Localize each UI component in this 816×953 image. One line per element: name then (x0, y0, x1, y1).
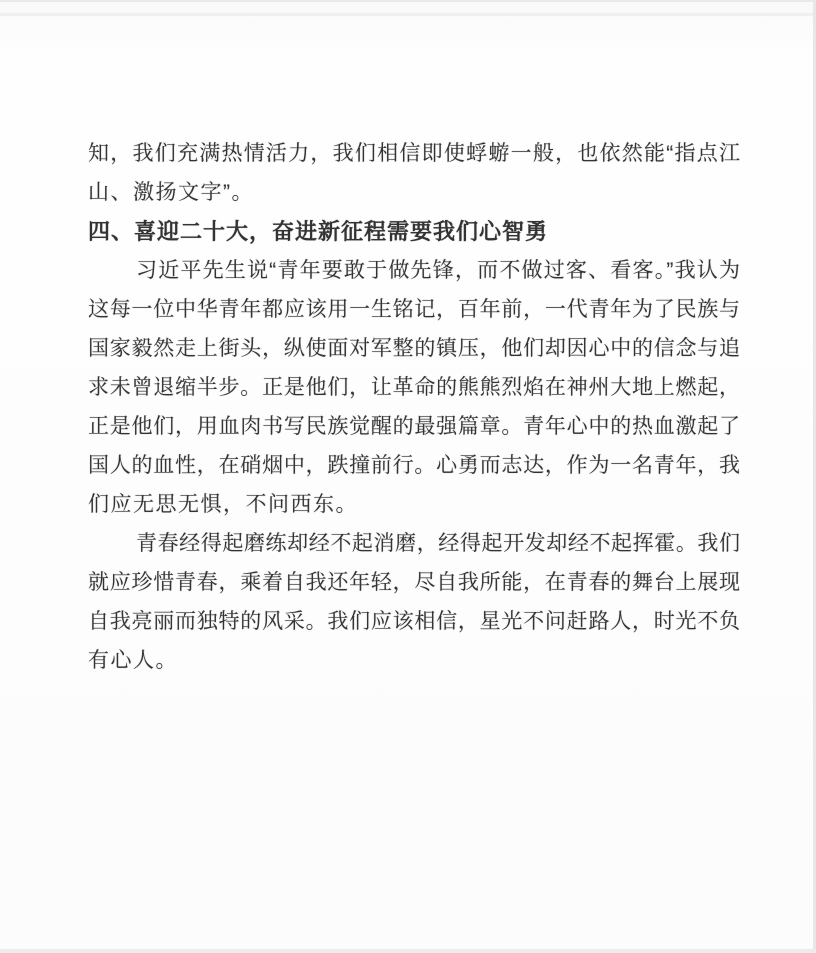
document-photo: 知，我们充满热情活力，我们相信即使蜉蝣一般，也依然能“指点江山、激扬文字”。四、… (0, 0, 816, 953)
essay-text-line: 国家毅然走上街头，纵使面对军整的镇压，他们却因心中的信念与追 (88, 329, 740, 368)
photo-edge-top-rule (0, 13, 816, 16)
photo-edge-bottom (0, 949, 816, 953)
essay-text-line: 正是他们，用血肉书写民族觉醒的最强篇章。青年心中的热血激起了 (88, 407, 740, 446)
section-heading: 四、喜迎二十大，奋进新征程需要我们心智勇 (88, 212, 740, 251)
essay-text-line: 习近平先生说“青年要敢于做先锋，而不做过客、看客。”我认为 (88, 251, 740, 290)
essay-text-line: 有心人。 (88, 641, 740, 680)
essay-text-line: 们应无思无惧，不问西东。 (88, 485, 740, 524)
essay-text-line: 知，我们充满热情活力，我们相信即使蜉蝣一般，也依然能“指点江 (88, 134, 740, 173)
essay-text-line: 国人的血性，在硝烟中，跌撞前行。心勇而志达，作为一名青年，我 (88, 446, 740, 485)
essay-text-line: 就应珍惜青春，乘着自我还年轻，尽自我所能，在青春的舞台上展现 (88, 563, 740, 602)
essay-text-line: 求未曾退缩半步。正是他们，让革命的熊熊烈焰在神州大地上燃起， (88, 368, 740, 407)
essay-text-line: 自我亮丽而独特的风采。我们应该相信，星光不问赶路人，时光不负 (88, 602, 740, 641)
essay-text-line: 这每一位中华青年都应该用一生铭记，百年前，一代青年为了民族与 (88, 290, 740, 329)
essay-text-line: 山、激扬文字”。 (88, 173, 740, 212)
photo-edge-top-band (0, 2, 816, 13)
essay-text-block: 知，我们充满热情活力，我们相信即使蜉蝣一般，也依然能“指点江山、激扬文字”。四、… (88, 134, 740, 680)
essay-text-line: 青春经得起磨练却经不起消磨，经得起开发却经不起挥霍。我们 (88, 524, 740, 563)
